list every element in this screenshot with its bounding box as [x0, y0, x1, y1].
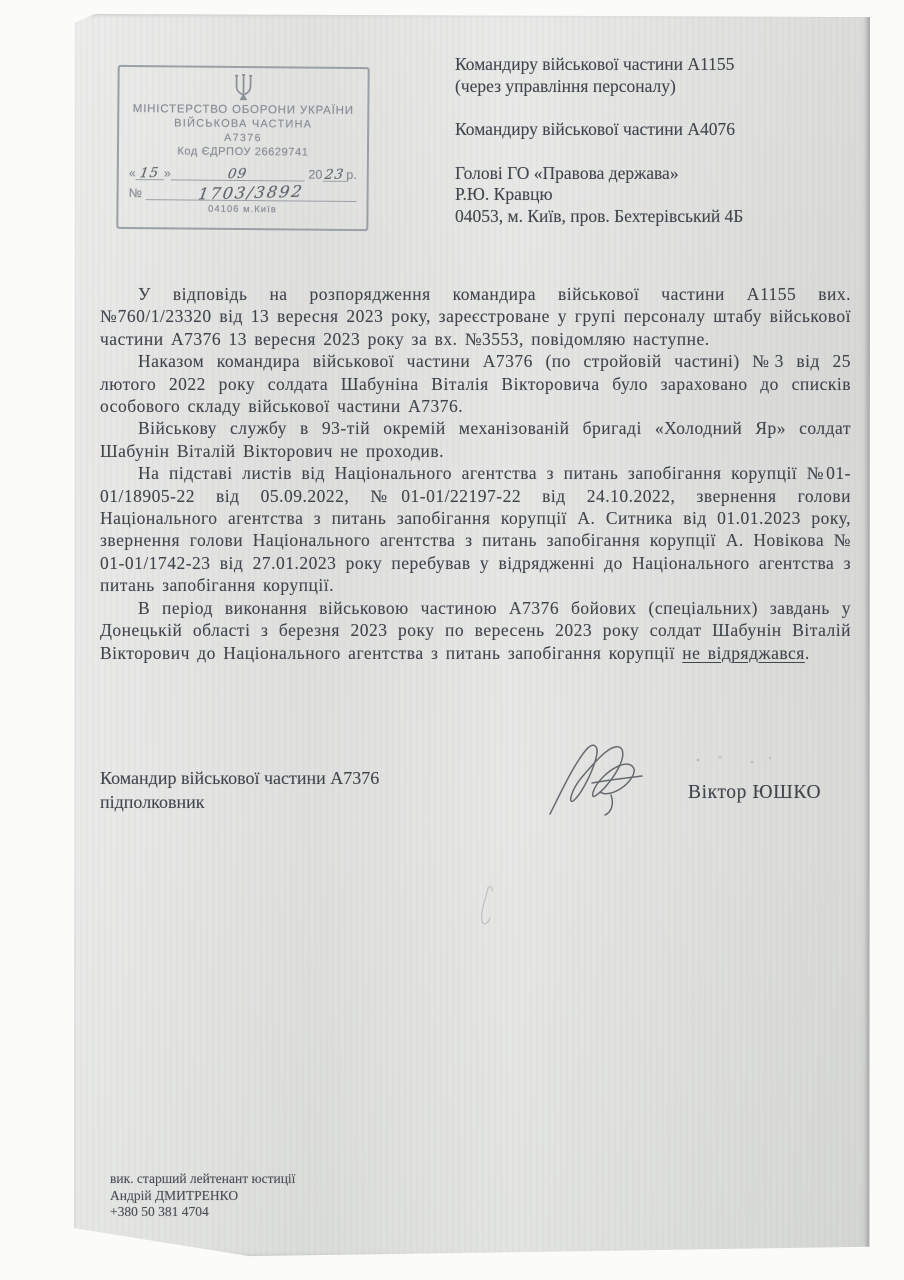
recipient-line: Р.Ю. Кравцю — [455, 184, 855, 206]
stamp-reg-label: № — [129, 186, 143, 200]
handwritten-signature — [542, 738, 662, 824]
scan-specks — [690, 754, 780, 768]
stamp-date-month-field: 09 — [171, 168, 305, 181]
recipient-line: 04053, м. Київ, пров. Бехтерівський 4Б — [455, 206, 855, 228]
stamp-reg-number-row: № 1703/3892 — [129, 186, 357, 202]
recipient-ngo-head: Голові ГО «Правова держава» Р.Ю. Кравцю … — [455, 163, 855, 228]
stamp-date-month-handwritten: 09 — [227, 169, 248, 180]
stamp-date-day-handwritten: 15 — [139, 168, 160, 179]
stamp-date-day-field: 15 — [136, 168, 164, 180]
body-paragraph-4: На підставі листів від Національного аге… — [100, 462, 851, 596]
stamp-date-year-field: 23 — [322, 170, 346, 182]
stamp-ministry-line: МІНІСТЕРСТВО ОБОРОНИ УКРАЇНИ — [133, 103, 354, 117]
stamp-date-century: 20 — [308, 168, 322, 182]
unit-stamp: МІНІСТЕРСТВО ОБОРОНИ УКРАЇНИ ВІЙСЬКОВА Ч… — [116, 65, 369, 231]
body-paragraph-2: Наказом командира військової частини А73… — [100, 350, 851, 417]
stamp-unit-label: ВІЙСЬКОВА ЧАСТИНА — [174, 117, 312, 130]
stamp-date-suffix: р. — [346, 168, 357, 182]
stamp-reg-field: 1703/3892 — [146, 186, 357, 202]
ukraine-trident-icon — [232, 74, 254, 102]
recipient-line: (через управління персоналу) — [455, 76, 855, 98]
recipients-block: Командиру військової частини А1155 (чере… — [455, 54, 855, 249]
recipient-line: Голові ГО «Правова держава» — [455, 163, 855, 185]
recipient-line: Командиру військової частини А4076 — [455, 119, 855, 141]
signer-title-block: Командир військової частини А7376 підпол… — [100, 766, 379, 814]
recipient-line: Командиру військової частини А1155 — [455, 54, 855, 76]
document-page: МІНІСТЕРСТВО ОБОРОНИ УКРАЇНИ ВІЙСЬКОВА Ч… — [74, 14, 870, 1258]
recipient-unit-a4076: Командиру військової частини А4076 — [455, 119, 855, 141]
stamp-date-year-handwritten: 23 — [324, 170, 345, 181]
stamp-edrpou-code: Код ЄДРПОУ 26629741 — [177, 145, 308, 158]
signer-position: Командир військової частини А7376 — [100, 766, 379, 790]
stamp-city-line: 04106 м.Київ — [208, 204, 277, 216]
signer-rank: підполковник — [100, 790, 379, 814]
executor-title: вик. старший лейтенант юстиції — [110, 1171, 295, 1188]
body-paragraph-1: У відповідь на розпорядження командира в… — [100, 283, 851, 350]
signer-name: Віктор ЮШКО — [688, 782, 821, 804]
body-paragraph-5: В період виконання військовою частиною А… — [100, 597, 851, 664]
stamp-unit-number: А7376 — [224, 132, 262, 144]
recipient-unit-a1155: Командиру військової частини А1155 (чере… — [455, 54, 855, 97]
underlined-phrase: не відряджався — [682, 643, 805, 663]
stamp-reg-handwritten: 1703/3892 — [198, 186, 305, 200]
letter-body: У відповідь на розпорядження командира в… — [100, 283, 851, 664]
paragraph-5-period: . — [805, 643, 810, 663]
executor-phone: +380 50 381 4704 — [110, 1204, 295, 1221]
body-paragraph-3: Військову службу в 93-тій окремій механі… — [100, 417, 851, 462]
stamp-date-row: « 15 » 09 20 23 р. — [129, 166, 357, 182]
pencil-mark — [465, 882, 505, 936]
executor-name: Андрій ДМИТРЕНКО — [110, 1188, 295, 1205]
executor-block: вик. старший лейтенант юстиції Андрій ДМ… — [110, 1171, 295, 1221]
